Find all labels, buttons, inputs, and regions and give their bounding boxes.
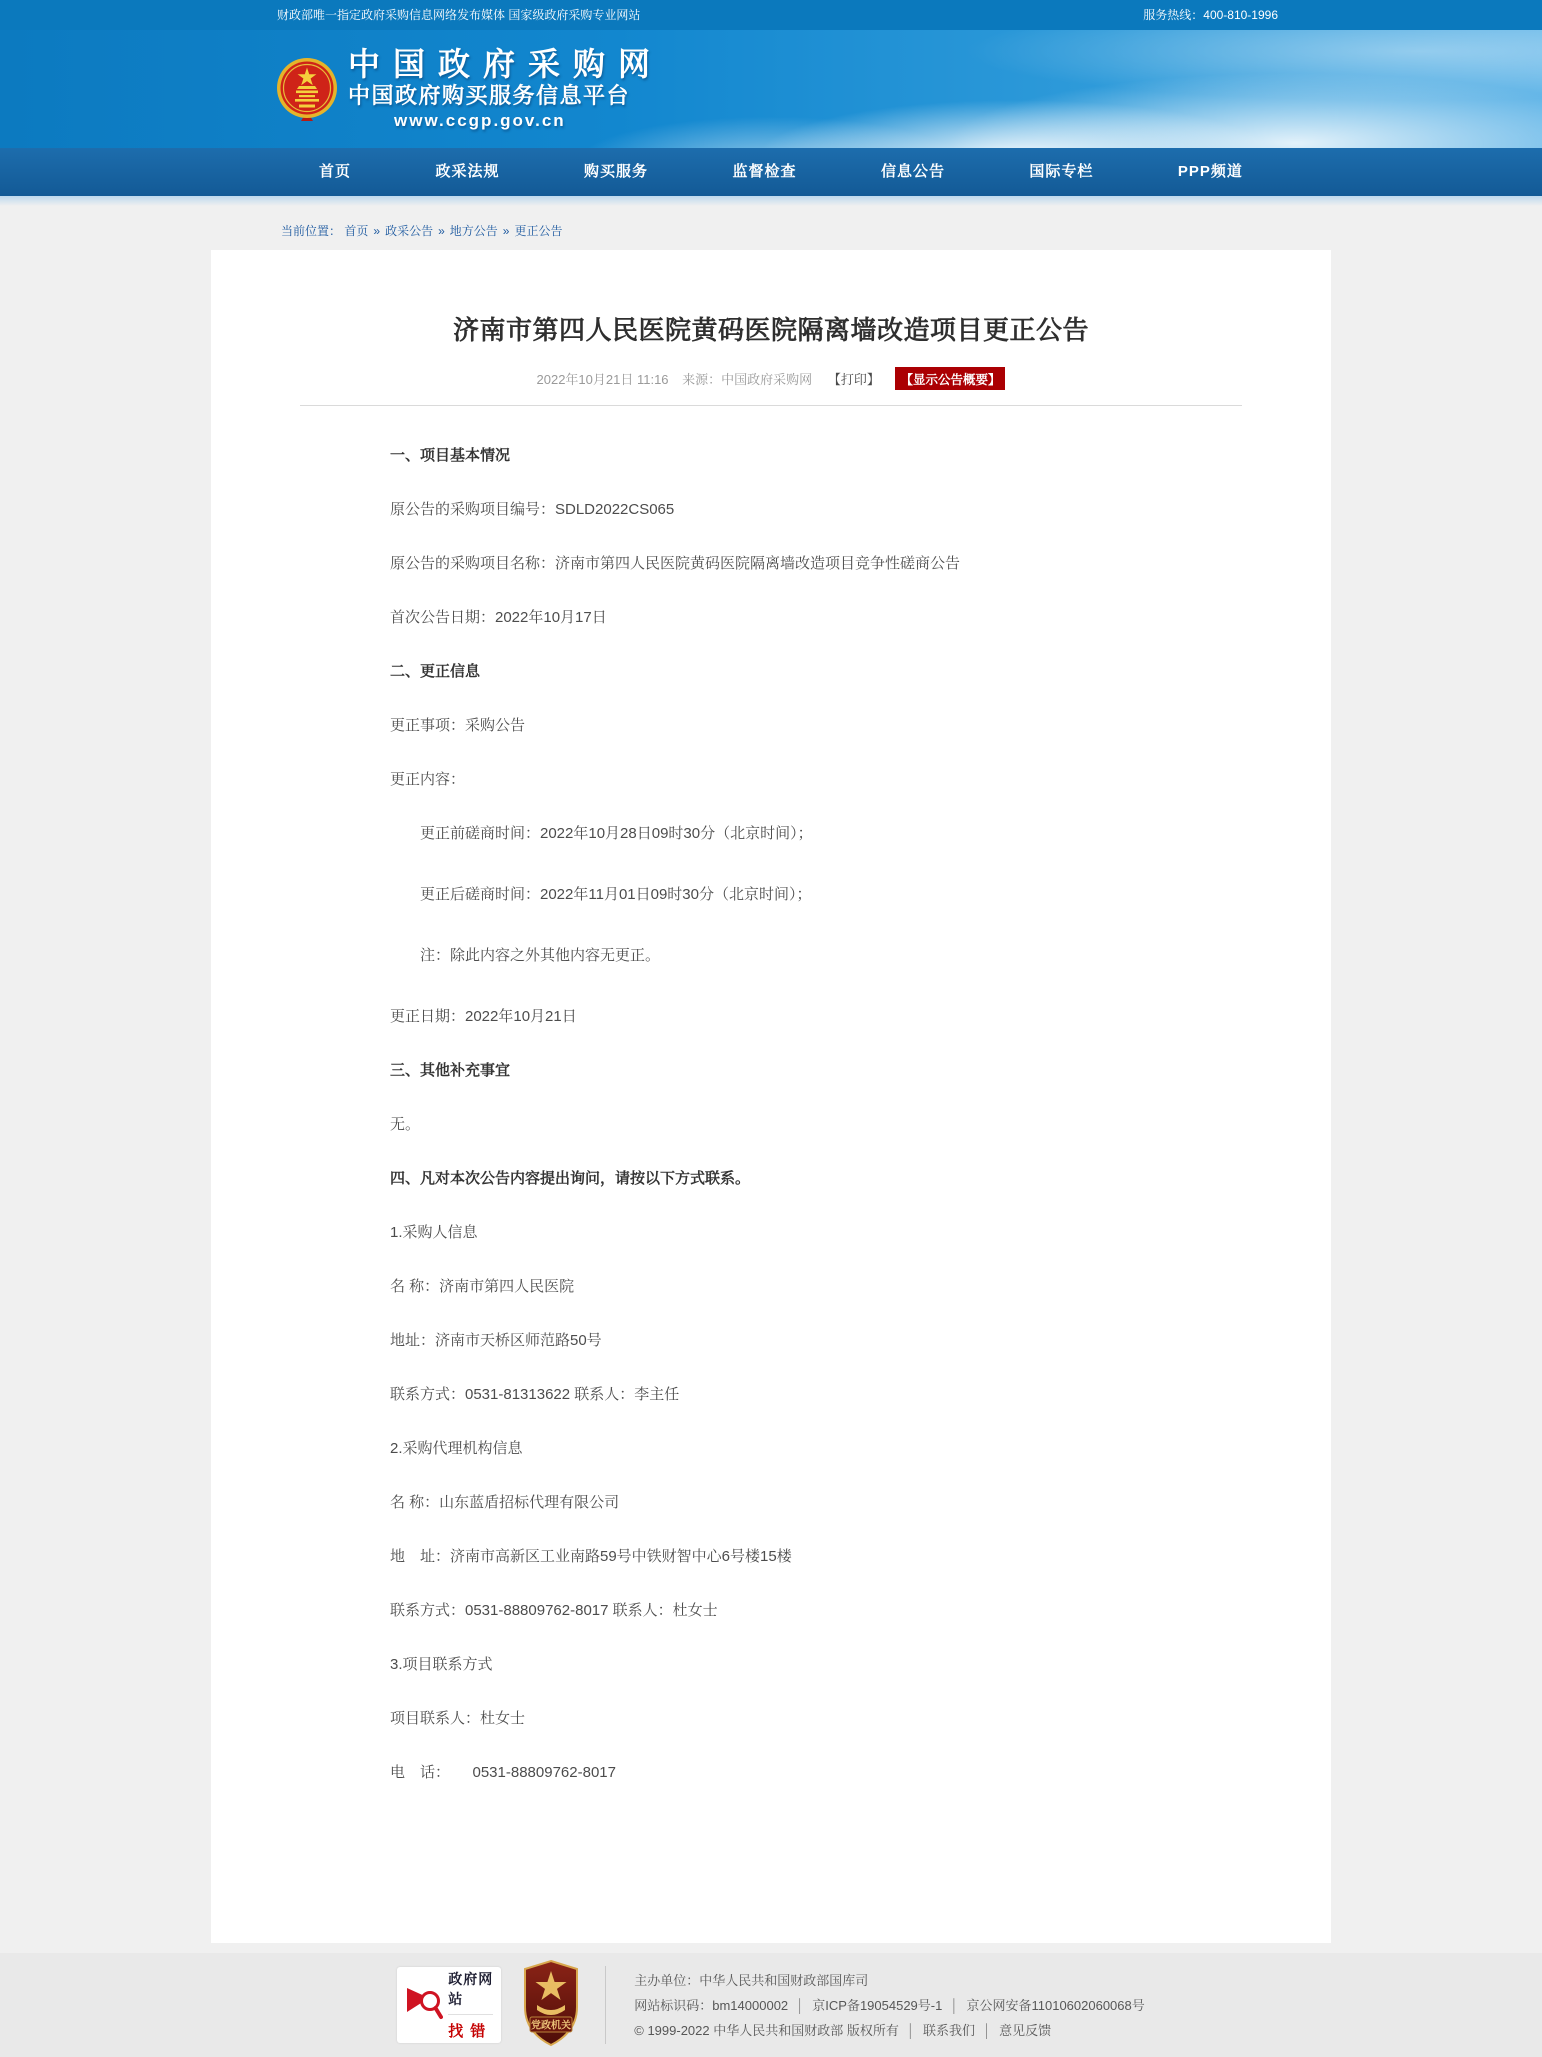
security-record-link[interactable]: 京公网安备11010602060068号 [966,1998,1144,2013]
nav-item[interactable]: 首页 [319,148,351,196]
announcement-meta: 2022年10月21日 11:16 来源：中国政府采购网 【打印】 【显示公告概… [211,367,1331,390]
article-paragraph: 四、凡对本次公告内容提出询问，请按以下方式联系。 [390,1169,1221,1189]
find-error-badge-line2: 找错 [448,2014,493,2041]
article-paragraph: 无。 [390,1115,1221,1135]
show-summary-button[interactable]: 【显示公告概要】 [895,367,1005,390]
copyright-text: © 1999-2022 中华人民共和国财政部 版权所有 [634,2023,899,2038]
nav-item[interactable]: 国际专栏 [1029,148,1093,196]
article-paragraph: 更正后磋商时间：2022年11月01日09时30分（北京时间）； [390,885,1221,905]
footer-separator: │ [983,2023,991,2038]
article-paragraph: 更正内容： [390,770,1221,790]
article-paragraph: 名 称：山东蓝盾招标代理有限公司 [390,1493,1221,1513]
site-name: 中国政府采购网 [348,46,663,82]
feedback-link[interactable]: 意见反馈 [999,2023,1051,2038]
nav-item[interactable]: 政采法规 [435,148,499,196]
article-paragraph: 地址：济南市天桥区师范路50号 [390,1331,1221,1351]
nav-item[interactable]: 购买服务 [584,148,648,196]
article-paragraph: 二、更正信息 [390,662,1221,682]
contact-us-link[interactable]: 联系我们 [923,2023,975,2038]
footer: 政府网站 找错 党政机关 主办单位：中华人民共和国财政部国库司 [0,1953,1542,2057]
china-national-emblem-icon [275,57,339,121]
site-header: 中国政府采购网 中国政府购买服务信息平台 www.ccgp.gov.cn [0,30,1542,148]
footer-divider [605,1966,606,2044]
nav-item[interactable]: 信息公告 [881,148,945,196]
footer-separator: │ [907,2023,915,2038]
footer-host-line: 主办单位：中华人民共和国财政部国库司 [634,1968,1145,1993]
article-paragraph: 更正事项：采购公告 [390,716,1221,736]
main-nav: 首页 政采法规 购买服务 监督检查 信息公告 国际专栏 PPP频道 [0,148,1542,196]
breadcrumb-separator: » [438,224,445,238]
breadcrumb-link[interactable]: 首页 [344,224,368,238]
magnifier-flag-icon [405,1981,443,2030]
article-paragraph: 名 称：济南市第四人民医院 [390,1277,1221,1297]
breadcrumb: 当前位置： 首页»政采公告»地方公告»更正公告 [211,222,1331,240]
article-paragraph: 三、其他补充事宜 [390,1061,1221,1081]
breadcrumb-link[interactable]: 政采公告 [385,224,433,238]
icp-license-link[interactable]: 京ICP备19054529号-1 [812,1998,942,2013]
site-logo[interactable]: 中国政府采购网 中国政府购买服务信息平台 www.ccgp.gov.cn [275,30,663,132]
article-paragraph: 1.采购人信息 [390,1223,1221,1243]
article-paragraph: 原公告的采购项目编号：SDLD2022CS065 [390,500,1221,520]
breadcrumb-prefix: 当前位置： [281,224,341,238]
article-paragraph: 更正前磋商时间：2022年10月28日09时30分（北京时间）； [390,824,1221,844]
site-url: www.ccgp.gov.cn [394,110,663,132]
article-paragraph: 联系方式：0531-81313622 联系人：李主任 [390,1385,1221,1405]
footer-separator: │ [796,1998,804,2013]
footer-separator: │ [950,1998,958,2013]
print-button[interactable]: 【打印】 [828,372,880,387]
find-error-badge-line1: 政府网站 [448,1969,493,2009]
topbar-hotline: 服务热线：400-810-1996 [1143,0,1278,30]
article-paragraph: 联系方式：0531-88809762-8017 联系人：杜女士 [390,1601,1221,1621]
article-paragraph: 一、项目基本情况 [390,446,1221,466]
party-gov-org-badge[interactable]: 党政机关 [523,1959,579,2052]
article-paragraph: 电 话： 0531-88809762-8017 [390,1763,1221,1783]
article-body: 一、项目基本情况 原公告的采购项目编号：SDLD2022CS065 原公告的采购… [211,406,1331,1783]
article-paragraph: 注：除此内容之外其他内容无更正。 [390,946,1221,966]
announcement-card: 济南市第四人民医院黄码医院隔离墙改造项目更正公告 2022年10月21日 11:… [211,250,1331,1943]
article-paragraph: 3.项目联系方式 [390,1655,1221,1675]
article-paragraph: 更正日期：2022年10月21日 [390,1007,1221,1027]
article-paragraph: 地 址：济南市高新区工业南路59号中铁财智中心6号楼15楼 [390,1547,1221,1567]
breadcrumb-link[interactable]: 地方公告 [450,224,498,238]
nav-item[interactable]: PPP频道 [1178,148,1243,196]
topbar: 财政部唯一指定政府采购信息网络发布媒体 国家级政府采购专业网站 服务热线：400… [0,0,1542,30]
article-paragraph: 原公告的采购项目名称：济南市第四人民医院黄码医院隔离墙改造项目竞争性磋商公告 [390,554,1221,574]
publish-datetime: 2022年10月21日 11:16 [537,372,669,387]
footer-copyright-line: © 1999-2022 中华人民共和国财政部 版权所有│联系我们│意见反馈 [634,2018,1145,2043]
topbar-slogan: 财政部唯一指定政府采购信息网络发布媒体 国家级政府采购专业网站 [277,0,640,30]
article-paragraph: 2.采购代理机构信息 [390,1439,1221,1459]
breadcrumb-separator: » [503,224,510,238]
footer-id-line: 网站标识码：bm14000002│京ICP备19054529号-1│京公网安备1… [634,1993,1145,2018]
party-badge-label: 党政机关 [531,2018,571,2031]
nav-fade-strip [0,196,1542,206]
nav-item[interactable]: 监督检查 [732,148,796,196]
site-subtitle: 中国政府购买服务信息平台 [348,82,663,110]
site-code-label: 网站标识码：bm14000002 [634,1998,788,2013]
breadcrumb-separator: » [373,224,380,238]
site-error-report-badge[interactable]: 政府网站 找错 [397,1967,501,2043]
source-label: 来源：中国政府采购网 [682,372,812,387]
article-paragraph: 首次公告日期：2022年10月17日 [390,608,1221,628]
announcement-title: 济南市第四人民医院黄码医院隔离墙改造项目更正公告 [211,250,1331,347]
breadcrumb-link[interactable]: 更正公告 [514,224,562,238]
article-paragraph: 项目联系人：杜女士 [390,1709,1221,1729]
